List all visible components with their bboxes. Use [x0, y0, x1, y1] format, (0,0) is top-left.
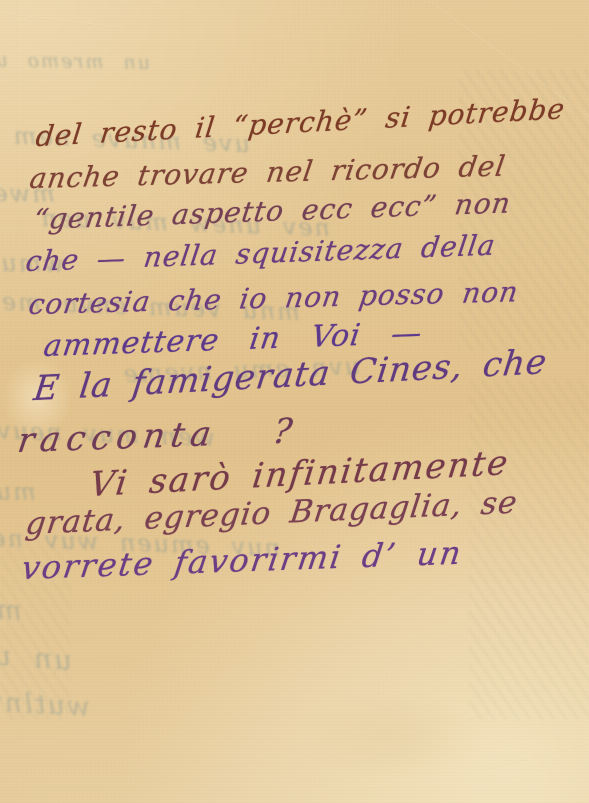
handwritten-line-3: “gentile aspetto ecc ecc” non [32, 186, 514, 236]
scanned-letter-page: un mremo uenn nvom uve mnuve nem uwen re… [0, 0, 589, 803]
handwritten-line-11: vorrete favorirmi d’ un [19, 534, 465, 588]
handwritten-line-5: cortesia che io non posso non [27, 275, 521, 321]
handwritten-line-8: racconta ? [15, 411, 300, 461]
handwritten-line-1: del resto il “perchè” si potrebbe [34, 92, 567, 153]
handwriting-layer: del resto il “perchè” si potrebbe anche … [0, 0, 589, 803]
handwritten-line-4: che — nella squisitezza della [24, 229, 498, 279]
